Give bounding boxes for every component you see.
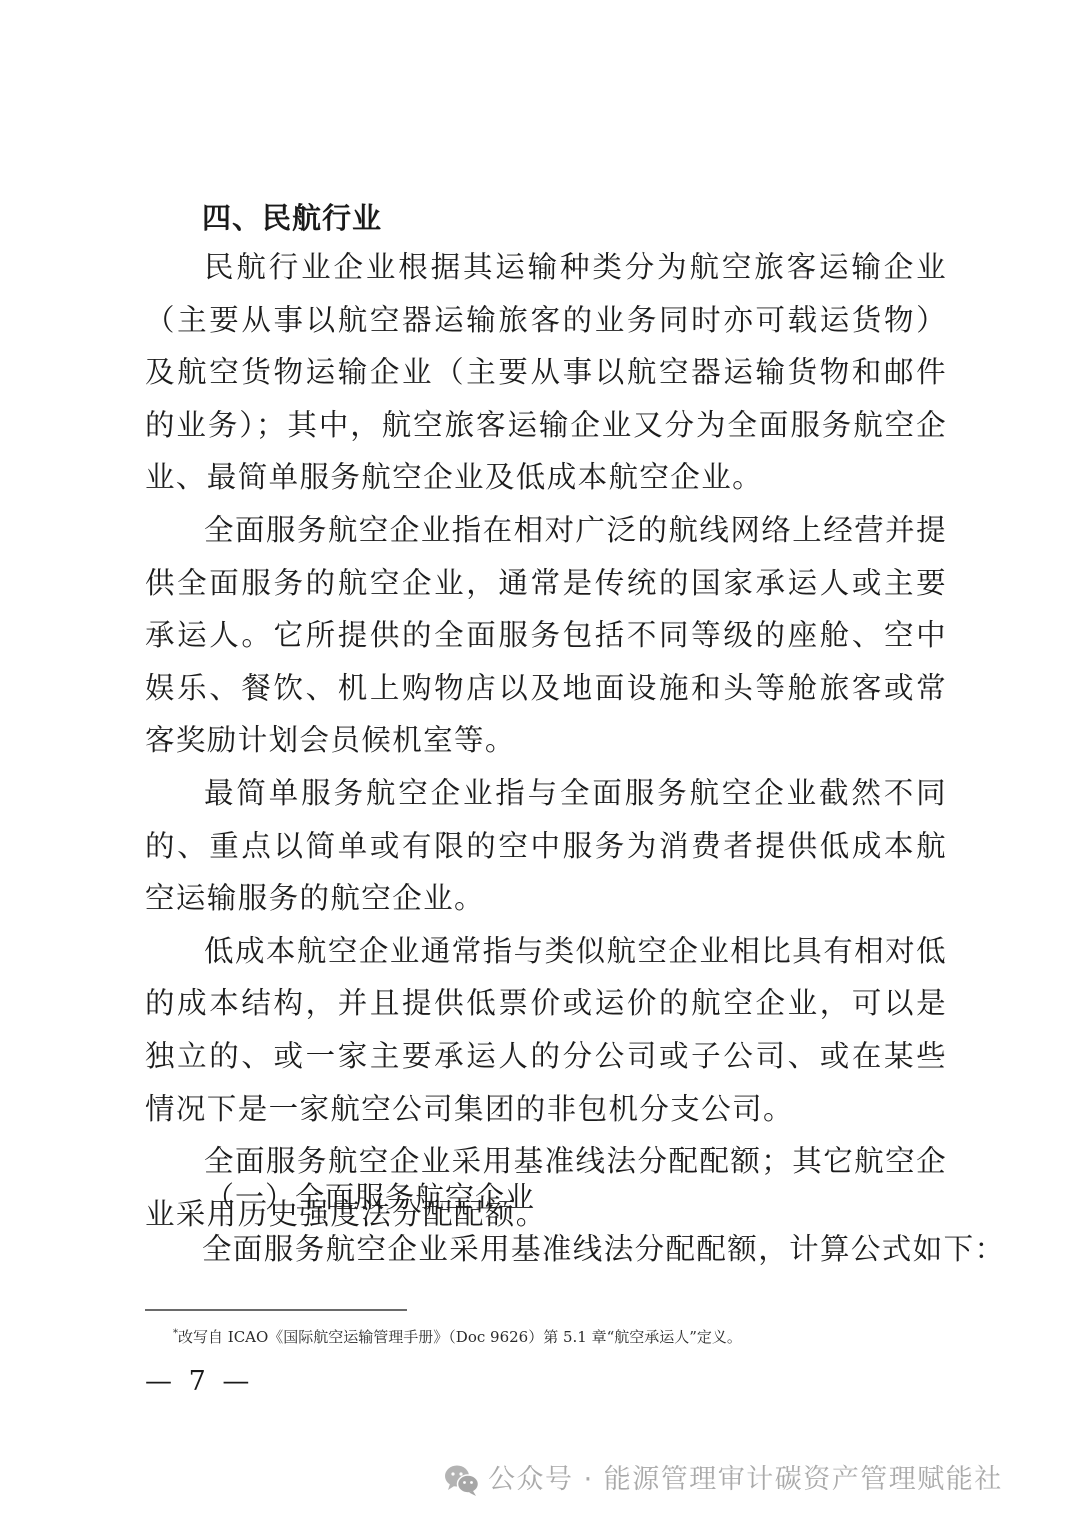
formula-intro: 全面服务航空企业采用基准线法分配配额，计算公式如下：: [202, 1227, 1005, 1271]
document-page: 四、民航行业 民航行业企业根据其运输种类分为航空旅客运输企业（主要从事以航空器运…: [0, 0, 1080, 1527]
subheading: （一）全面服务航空企业: [205, 1175, 535, 1219]
body-text: 民航行业企业根据其运输种类分为航空旅客运输企业（主要从事以航空器运输旅客的业务同…: [145, 241, 947, 1240]
footnote-text: 改写自 ICAO《国际航空运输管理手册》（Doc 9626）第 5.1 章“航空…: [178, 1328, 742, 1346]
footnote: *改写自 ICAO《国际航空运输管理手册》（Doc 9626）第 5.1 章“航…: [173, 1323, 742, 1348]
watermark: 公众号 · 能源管理审计碳资产管理赋能社: [444, 1463, 1003, 1497]
paragraph-4: 低成本航空企业通常指与类似航空企业相比具有相对低的成本结构，并且提供低票价或运价…: [145, 925, 947, 1135]
page-number: — 7 —: [145, 1364, 253, 1400]
footnote-divider: [145, 1309, 407, 1311]
wechat-icon: [444, 1463, 480, 1497]
paragraph-3: 最简单服务航空企业指与全面服务航空企业截然不同的、重点以简单或有限的空中服务为消…: [145, 767, 947, 925]
section-heading: 四、民航行业: [202, 196, 382, 240]
paragraph-2: 全面服务航空企业指在相对广泛的航线网络上经营并提供全面服务的航空企业，通常是传统…: [145, 504, 947, 767]
paragraph-1: 民航行业企业根据其运输种类分为航空旅客运输企业（主要从事以航空器运输旅客的业务同…: [145, 241, 947, 504]
watermark-text: 公众号 · 能源管理审计碳资产管理赋能社: [488, 1463, 1003, 1497]
